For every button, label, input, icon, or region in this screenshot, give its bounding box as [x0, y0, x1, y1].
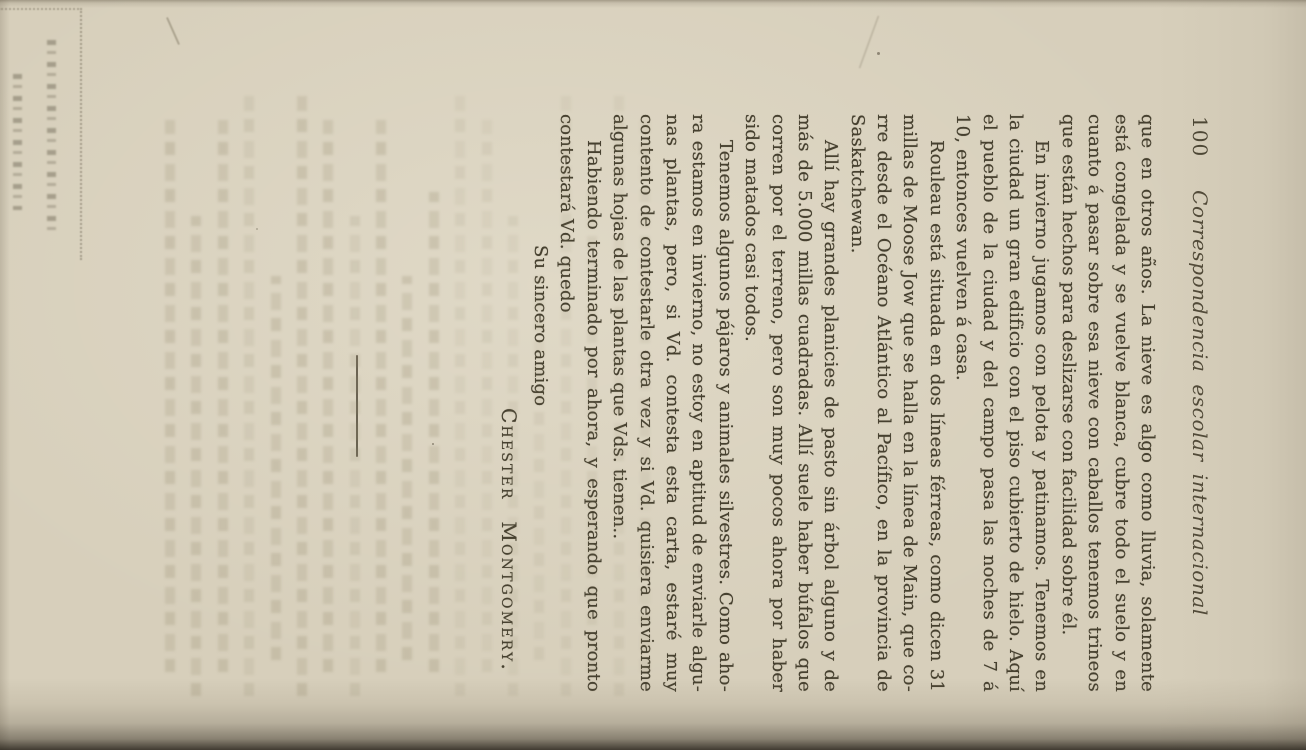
text-line: el pueblo de la ciudad y del campo pasa … [975, 114, 1001, 692]
text-line: que en otros años. La nieve es algo como… [1134, 114, 1160, 692]
ghost-line [218, 120, 228, 672]
text-line: más de 5.000 millas cuadradas. Allí suel… [791, 114, 817, 692]
text-line: Saskatchewan. [843, 114, 869, 692]
text-line: millas de Moose Jow que se halla en la l… [896, 114, 922, 692]
text-line: ra estamos en invierno, no estoy en apti… [685, 114, 711, 692]
stamp-text-line [13, 74, 22, 210]
text-line: está congelada y se vuelve blanca, cubre… [1107, 114, 1133, 692]
text-line: Tenemos algunos pájaros y animales silve… [711, 114, 737, 692]
ghost-line [455, 96, 465, 696]
paragraph: que en otros años. La nieve es algo como… [1054, 114, 1160, 692]
text-line: nas plantas, pero, si Vd. contesta esta … [659, 114, 685, 692]
ghost-line [482, 120, 492, 672]
text-line: Rouleau está situada en dos líneas férre… [922, 114, 948, 692]
ghost-line [350, 216, 360, 696]
ghost-line [165, 120, 175, 672]
ghost-line [271, 276, 281, 660]
ghost-line [640, 120, 650, 672]
paragraph: Allí hay grandes planicies de pasto sin … [738, 114, 844, 692]
ghost-line [402, 276, 412, 660]
ghost-line [244, 96, 254, 696]
page-header: 100 Correspondencia escolar internaciona… [1186, 114, 1212, 692]
text-line: la ciudad un gran edificio con el piso c… [1002, 114, 1028, 692]
paragraph: En invierno jugamos con pelota y patinam… [949, 114, 1055, 692]
ghost-line [508, 216, 518, 696]
page-number: 100 [1188, 116, 1212, 157]
ghost-line [429, 192, 439, 672]
text-line: cuanto á pasar sobre esa nieve con cabal… [1081, 114, 1107, 692]
ghost-line [297, 96, 307, 696]
text-line: rre desde el Océano Atlántico al Pacífic… [870, 114, 896, 692]
ghost-line [614, 96, 624, 696]
text-line: Allí hay grandes planicies de pasto sin … [817, 114, 843, 692]
running-title: Correspondencia escolar internacional [1188, 114, 1212, 692]
show-through-text [149, 96, 650, 696]
ghost-line [191, 216, 201, 696]
text-line: corren por el terreno, pero son muy poco… [764, 114, 790, 692]
ghost-line [561, 96, 571, 696]
scanned-book-page: 100 Correspondencia escolar internaciona… [0, 0, 1306, 750]
ghost-line [323, 120, 333, 672]
text-line: En invierno jugamos con pelota y patinam… [1028, 114, 1054, 692]
page-sheet-rotated: 100 Correspondencia escolar internaciona… [0, 0, 1306, 750]
stamp-text-line [47, 40, 56, 236]
ghost-line [587, 192, 597, 672]
text-line: 10, entonces vuelven á casa. [949, 114, 975, 692]
text-line: que están hechos para deslizarse con fac… [1054, 114, 1080, 692]
ghost-line [534, 276, 544, 660]
dust-speck [432, 443, 434, 445]
dust-speck [256, 228, 258, 230]
dust-speck [877, 52, 880, 55]
library-stamp [0, 8, 82, 260]
paragraph: Rouleau está situada en dos líneas férre… [843, 114, 949, 692]
ghost-line [376, 120, 386, 672]
text-line: sido matados casi todos. [738, 114, 764, 692]
dust-speck [1062, 612, 1064, 614]
